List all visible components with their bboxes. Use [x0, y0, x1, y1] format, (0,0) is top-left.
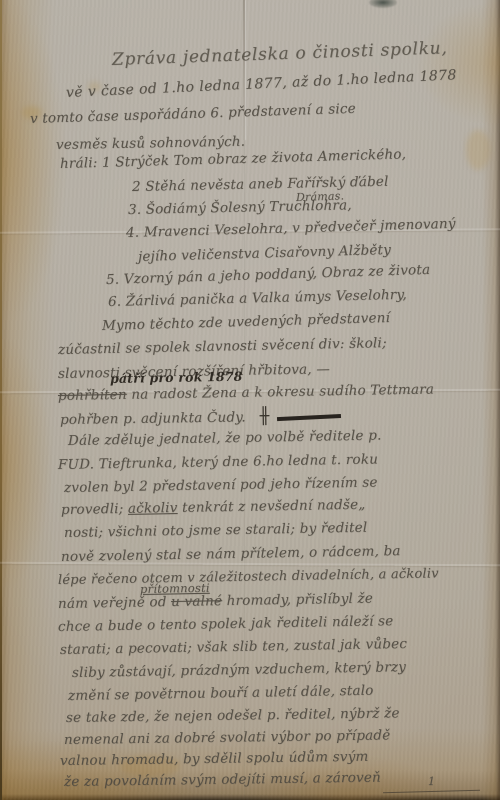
body-line: valnou hromadu, by sdělil spolu údům svý… — [60, 751, 369, 769]
foxing-spot — [466, 130, 490, 170]
body-line: nosti; všichni oto jsme se starali; by ř… — [64, 522, 368, 541]
play-list-item: 4. Mravenci Veselohra, v předvečeř jmeno… — [126, 218, 456, 241]
struck-words: u valné — [171, 593, 222, 610]
hash-mark: ╫ — [260, 406, 270, 425]
burial-line-text: pohřben p. adjunkta Čudy. — [60, 409, 246, 428]
catchword-underline — [383, 790, 480, 794]
inserted-correction-text: pátří pro rok 1878 — [110, 371, 243, 386]
line-pre: nám veřejně od — [58, 594, 171, 612]
burial-line: pohřben p. adjunkta Čudy.╫ — [60, 407, 341, 427]
body-line: změní se povětrnou bouří a uletí dále, s… — [68, 685, 374, 704]
play-list-item: 6. Žárlivá panička a Valka úmys Veselohr… — [108, 289, 407, 310]
body-line: nemenal ani za dobré svolati výbor po př… — [64, 729, 391, 747]
heavy-strike-mark — [277, 413, 341, 420]
body-line: sliby zůstávají, prázdným vzduchem, kter… — [72, 661, 406, 680]
line-post: hromady, přislíbyl že — [222, 591, 373, 610]
struck-word: pohřbíten — [58, 387, 127, 404]
body-line: se take zde, že nejen odešel p. ředitel,… — [66, 707, 400, 725]
paper-left-edge — [0, 0, 2, 800]
body-line: lépe řečeno otcem v záležitostech divade… — [58, 567, 439, 587]
play-list-item: 2 Stěhá nevěsta aneb Fařířský ďábel — [132, 176, 389, 195]
catchword-marker: 1 — [428, 776, 435, 787]
genre-superscript-note: Drámas. — [296, 190, 345, 203]
body-line-underlined-word: provedli; ačkoliv tenkrát z nevšední nad… — [61, 499, 366, 518]
body-line: zvolen byl 2 představení pod jeho řízení… — [64, 477, 378, 496]
line-pre: provedli; — [61, 501, 128, 518]
body-line: FUD. Tieftrunka, který dne 6.ho ledna t.… — [58, 453, 378, 472]
play-list-item: 5. Vzorný pán a jeho poddaný, Obraz ze ž… — [106, 264, 431, 288]
intro-line: vesměs kusů sohnováných. — [56, 136, 245, 153]
body-line: Dále zděluje jednatel, že po volbě ředit… — [68, 430, 382, 449]
body-line: že za povoláním svým odejíti musí, a zár… — [64, 772, 381, 790]
vertical-fold-crease-faint — [244, 140, 245, 800]
corrected-line: pohřbíten na radost Žena a k okresu sudí… — [58, 383, 434, 403]
manuscript-page-photo: Zpráva jednatelska o činosti spolku, vě … — [0, 0, 500, 800]
body-line: nově zvolený stal se nám přítelem, o rád… — [61, 545, 401, 564]
report-title: Zpráva jednatelska o činosti spolku, — [112, 40, 448, 69]
intro-line: v tomto čase uspořádáno 6. představení a… — [30, 103, 356, 127]
body-line: starati; a pecovati; však slib ten, zust… — [60, 638, 407, 658]
line-post: tenkrát z nevšední nadše„ — [177, 497, 365, 516]
archive-stamp-smudge — [369, 0, 397, 8]
body-line: Mymo těchto zde uvedených představení — [102, 312, 390, 334]
body-line: zúčastnil se spolek slavnosti svěcení di… — [58, 337, 387, 357]
underlined-word: ačkoliv — [128, 500, 178, 517]
report-date-range: vě v čase od 1.ho ledna 1877, až do 1.ho… — [66, 68, 457, 100]
play-list-item-continuation: jejího veličenstva Cisařovny Alžběty — [138, 244, 391, 265]
body-line: chce a bude o tento spolek jak řediteli … — [58, 615, 394, 634]
body-line-with-strike: nám veřejně od u valné hromady, přislíby… — [58, 593, 373, 612]
